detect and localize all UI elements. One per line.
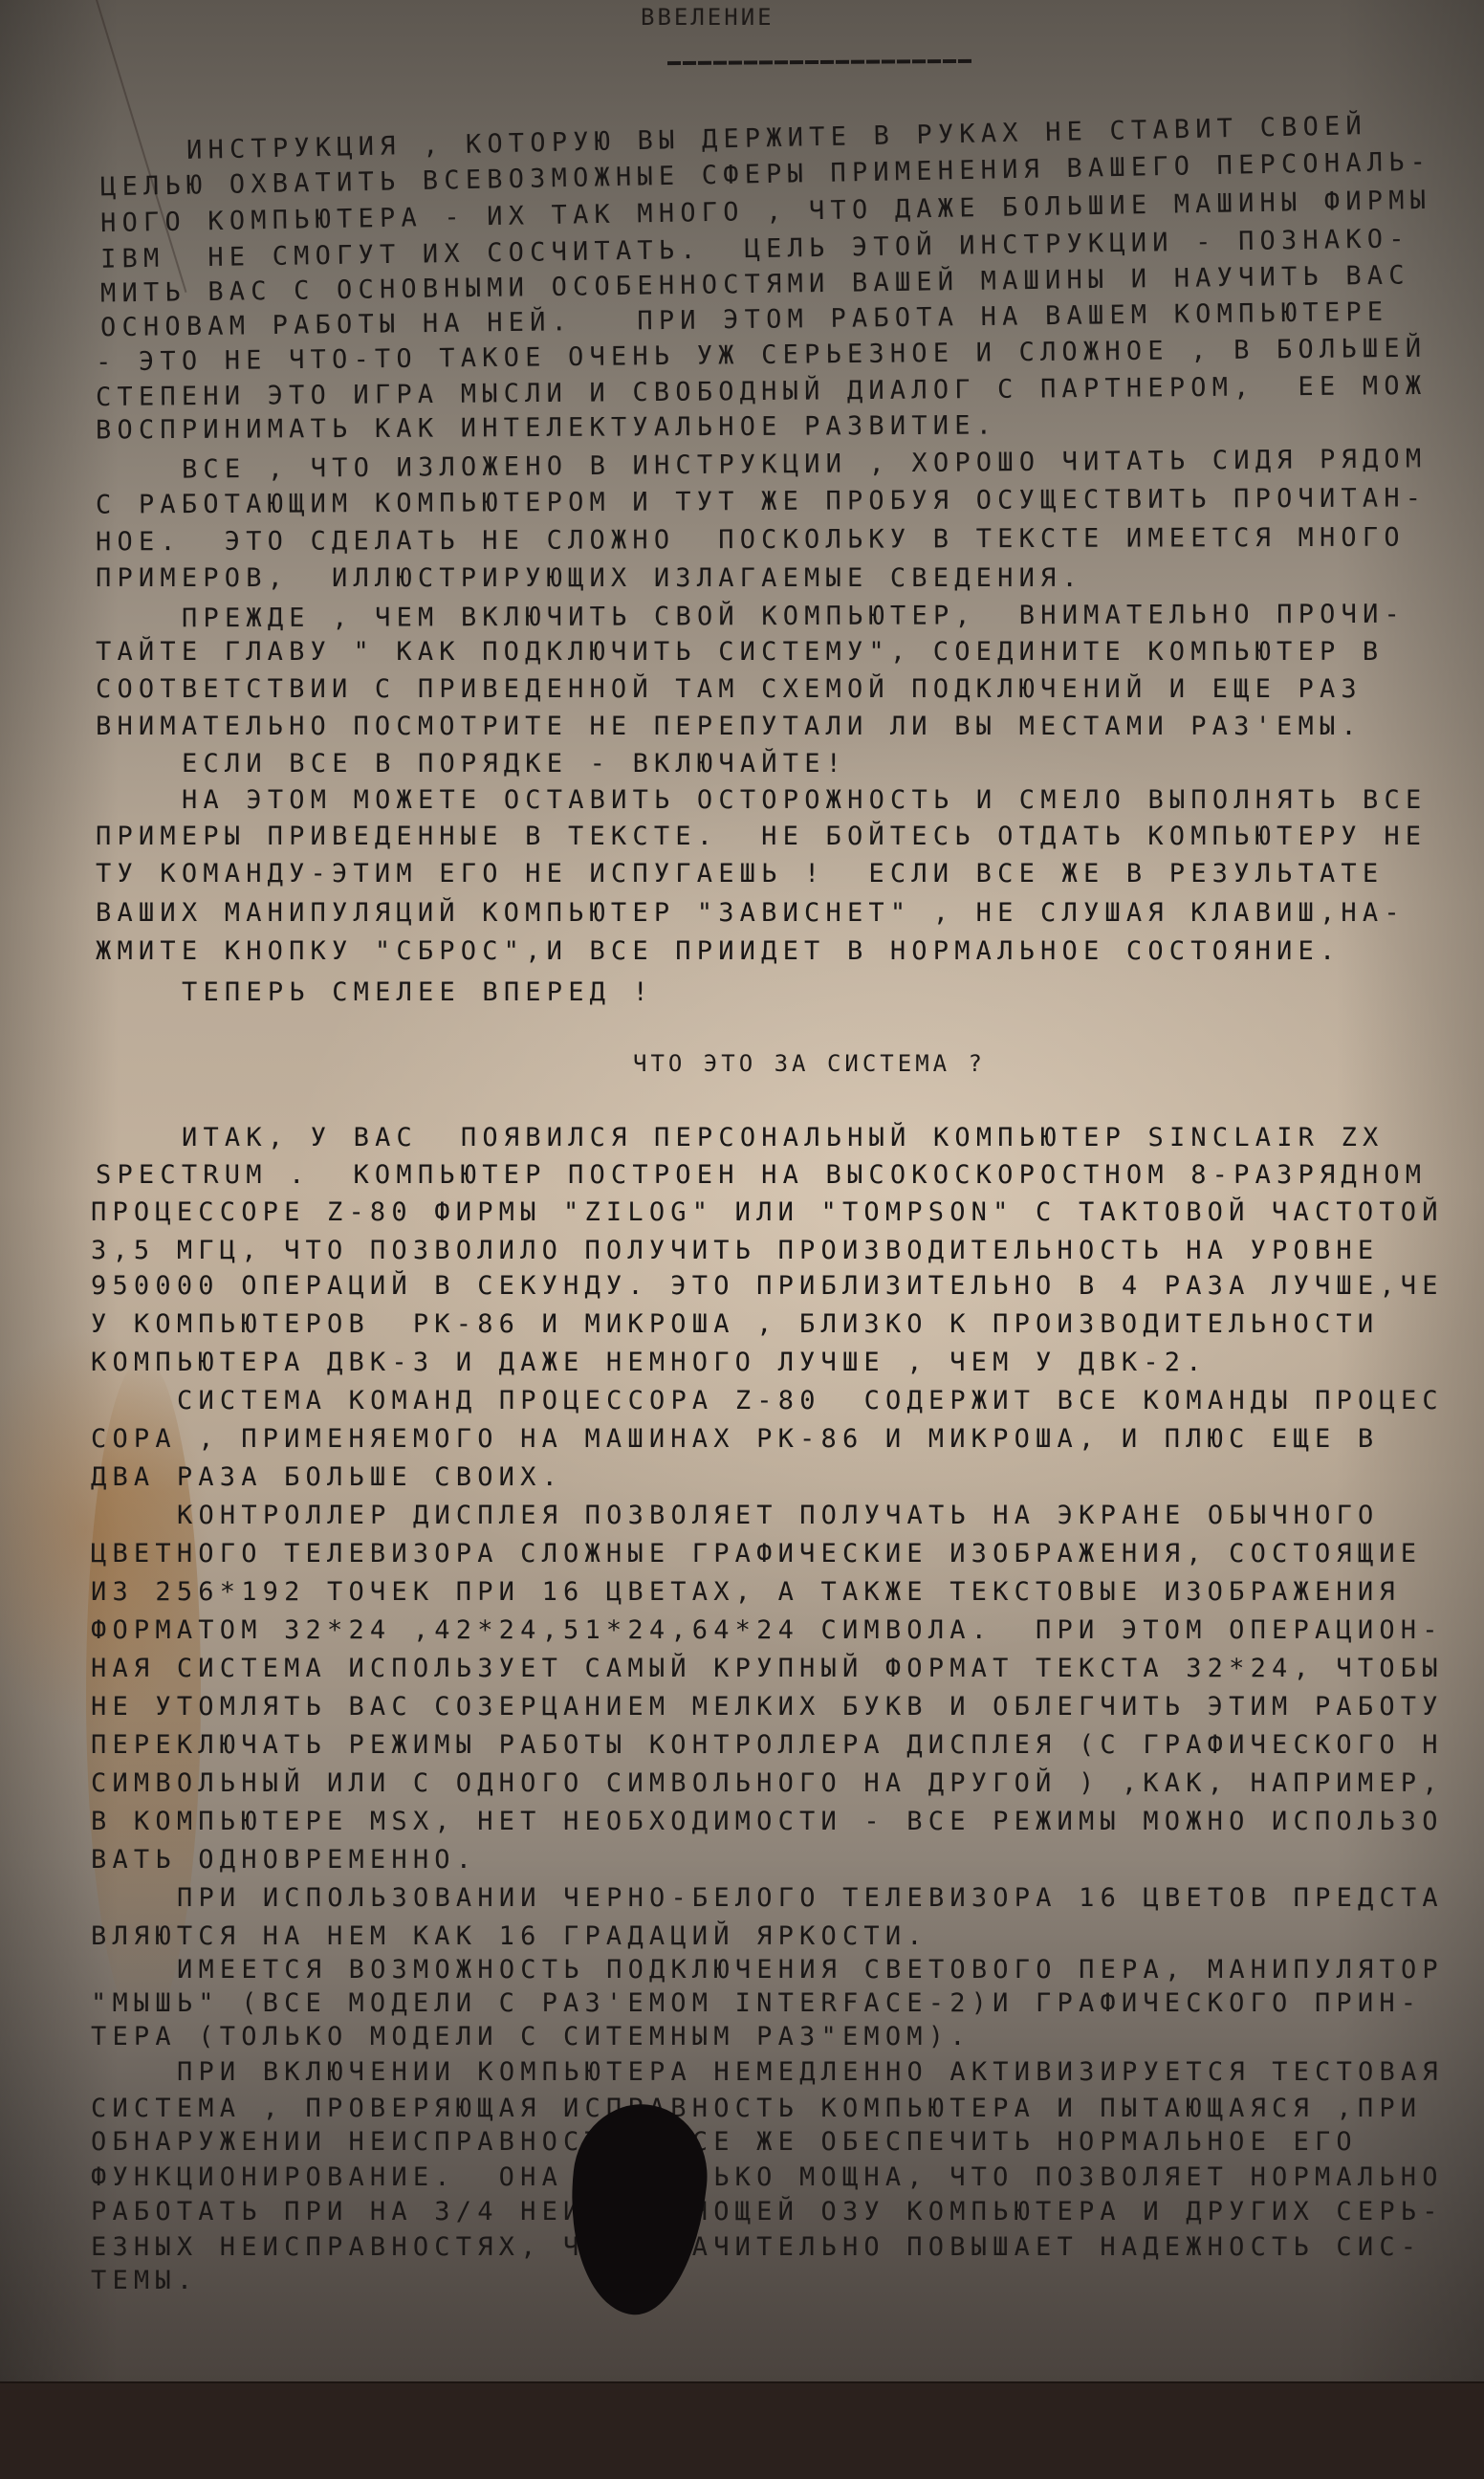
text-line: У КОМПЬЮТЕРОВ РК-86 И МИКРОША , БЛИЗКО К… (91, 1310, 1379, 1339)
text-line: ТЕПЕРЬ СМЕЛЕЕ ВПЕРЕД ! (182, 978, 654, 1007)
text-line: ЦВЕТНОГО ТЕЛЕВИЗОРА СЛОЖНЫЕ ГРАФИЧЕСКИЕ … (91, 1540, 1422, 1569)
text-line: В КОМПЬЮТЕРЕ MSX, НЕТ НЕОБХОДИМОСТИ - ВС… (91, 1808, 1444, 1836)
text-line: НЕ УТОМЛЯТЬ ВАС СОЗЕРЦАНИЕМ МЕЛКИХ БУКВ … (91, 1693, 1444, 1722)
text-line: ИМЕЕТСЯ ВОЗМОЖНОСТЬ ПОДКЛЮЧЕНИЯ СВЕТОВОГ… (177, 1956, 1444, 1985)
text-line: ТУ КОМАНДУ-ЭТИМ ЕГО НЕ ИСПУГАЕШЬ ! ЕСЛИ … (96, 860, 1384, 888)
text-line: 3,5 МГЦ, ЧТО ПОЗВОЛИЛО ПОЛУЧИТЬ ПРОИЗВОД… (91, 1237, 1379, 1265)
text-line: СИСТЕМА , ПРОВЕРЯЮЩАЯ ИСПРАВНОСТЬ КОМПЬЮ… (91, 2095, 1422, 2123)
section-heading: ЧТО ЭТО ЗА СИСТЕМА ? (633, 1050, 986, 1077)
text-line: SPECTRUM . КОМПЬЮТЕР ПОСТРОЕН НА ВЫСОКОС… (96, 1161, 1427, 1190)
text-line: ВОСПРИНИМАТЬ КАК ИНТЕЛЕКТУАЛЬНОЕ РАЗВИТИ… (96, 412, 997, 446)
text-line: 950000 ОПЕРАЦИЙ В СЕКУНДУ. ЭТО ПРИБЛИЗИТ… (91, 1272, 1444, 1301)
text-line: ВАШИХ МАНИПУЛЯЦИЙ КОМПЬЮТЕР "ЗАВИСНЕТ" ,… (96, 899, 1406, 928)
text-line: - ЭТО НЕ ЧТО-ТО ТАКОЕ ОЧЕНЬ УЖ СЕРЬЕЗНОЕ… (96, 335, 1427, 378)
text-line: СИСТЕМА КОМАНД ПРОЦЕССОРА Z-80 СОДЕРЖИТ … (177, 1387, 1444, 1415)
text-line: ПРОЦЕССОРЕ Z-80 ФИРМЫ "ZILOG" ИЛИ "TOMPS… (91, 1198, 1444, 1227)
text-line: ЕЗНЫХ НЕИСПРАВНОСТЯХ, ЧТО ЗНАЧИТЕЛЬНО ПО… (91, 2233, 1422, 2262)
text-line: ОБНАРУЖЕНИИ НЕИСПРАВНОСТЕЙ ВСЕ ЖЕ ОБЕСПЕ… (91, 2128, 1358, 2157)
text-line: НОЕ. ЭТО СДЕЛАТЬ НЕ СЛОЖНО ПОСКОЛЬКУ В Т… (96, 524, 1406, 558)
text-line: ПРИМЕРЫ ПРИВЕДЕННЫЕ В ТЕКСТЕ. НЕ БОЙТЕСЬ… (96, 823, 1427, 851)
text-line: ПРЕЖДЕ , ЧЕМ ВКЛЮЧИТЬ СВОЙ КОМПЬЮТЕР, ВН… (182, 601, 1406, 633)
text-line: "МЫШЬ" (ВСЕ МОДЕЛИ С РАЗ'ЕМОМ INTERFACE-… (91, 1989, 1422, 2018)
text-line: СИМВОЛЬНЫЙ ИЛИ С ОДНОГО СИМВОЛЬНОГО НА Д… (91, 1769, 1444, 1798)
text-line: ДВА РАЗА БОЛЬШЕ СВОИХ. (91, 1463, 563, 1492)
text-line: ТЕМЫ. (91, 2267, 198, 2295)
text-line: РАБОТАТЬ ПРИ НА 3/4 НЕИСПРАВНОЩЕЙ ОЗУ КО… (91, 2198, 1444, 2227)
text-line: ФУНКЦИОНИРОВАНИЕ. ОНА НАСТОЛЬКО МОЩНА, Ч… (91, 2163, 1444, 2192)
text-line: НАЯ СИСТЕМА ИСПОЛЬЗУЕТ САМЫЙ КРУПНЫЙ ФОР… (91, 1655, 1444, 1683)
title-underline (667, 59, 973, 65)
text-line: СООТВЕТСТВИИ С ПРИВЕДЕННОЙ ТАМ СХЕМОЙ ПО… (96, 675, 1363, 704)
text-line: ВНИМАТЕЛЬНО ПОСМОТРИТЕ НЕ ПЕРЕПУТАЛИ ЛИ … (96, 713, 1363, 741)
text-line: ПЕРЕКЛЮЧАТЬ РЕЖИМЫ РАБОТЫ КОНТРОЛЛЕРА ДИ… (91, 1731, 1444, 1760)
text-line: ВЛЯЮТСЯ НА НЕМ КАК 16 ГРАДАЦИЙ ЯРКОСТИ. (91, 1922, 928, 1951)
text-line: ТЕРА (ТОЛЬКО МОДЕЛИ С СИТЕМНЫМ РАЗ"ЕМОМ)… (91, 2023, 971, 2051)
text-line: КОМПЬЮТЕРА ДВК-3 И ДАЖЕ НЕМНОГО ЛУЧШЕ , … (91, 1349, 1208, 1377)
text-line: С РАБОТАЮЩИМ КОМПЬЮТЕРОМ И ТУТ ЖЕ ПРОБУЯ… (96, 484, 1427, 519)
text-line: ТАЙТЕ ГЛАВУ " КАК ПОДКЛЮЧИТЬ СИСТЕМУ", С… (96, 638, 1384, 667)
text-line: КОНТРОЛЛЕР ДИСПЛЕЯ ПОЗВОЛЯЕТ ПОЛУЧАТЬ НА… (177, 1502, 1380, 1530)
typewritten-page: ВВЕЛЕНИЕ ИНСТРУКЦИЯ , КОТОРУЮ ВЫ ДЕРЖИТЕ… (0, 0, 1484, 2381)
text-line: ИЗ 256*192 ТОЧЕК ПРИ 16 ЦВЕТАХ, А ТАКЖЕ … (91, 1578, 1401, 1607)
text-line: ВСЕ , ЧТО ИЗЛОЖЕНО В ИНСТРУКЦИИ , ХОРОШО… (182, 445, 1428, 484)
text-line: ПРИ ВКЛЮЧЕНИИ КОМПЬЮТЕРА НЕМЕДЛЕННО АКТИ… (177, 2058, 1444, 2087)
text-line: ФОРМАТОМ 32*24 ,42*24,51*24,64*24 СИМВОЛ… (91, 1616, 1444, 1645)
text-line: ПРИ ИСПОЛЬЗОВАНИИ ЧЕРНО-БЕЛОГО ТЕЛЕВИЗОР… (177, 1884, 1444, 1913)
text-line: ЕСЛИ ВСЕ В ПОРЯДКЕ - ВКЛЮЧАЙТЕ! (182, 750, 847, 779)
text-line: СТЕПЕНИ ЭТО ИГРА МЫСЛИ И СВОБОДНЫЙ ДИАЛО… (96, 372, 1427, 412)
text-line: СОРА , ПРИМЕНЯЕМОГО НА МАШИНАХ РК-86 И М… (91, 1425, 1379, 1454)
text-line: НА ЭТОМ МОЖЕТЕ ОСТАВИТЬ ОСТОРОЖНОСТЬ И С… (182, 786, 1427, 815)
text-line: ВАТЬ ОДНОВРЕМЕННО. (91, 1846, 477, 1875)
text-line: ПРИМЕРОВ, ИЛЛЮСТРИРУЮЩИХ ИЗЛАГАЕМЫЕ СВЕД… (96, 564, 1083, 593)
page-title: ВВЕЛЕНИЕ (641, 4, 775, 31)
text-line: ИТАК, У ВАС ПОЯВИЛСЯ ПЕРСОНАЛЬНЫЙ КОМПЬЮ… (182, 1124, 1385, 1152)
text-line: ЖМИТЕ КНОПКУ "СБРОС",И ВСЕ ПРИИДЕТ В НОР… (96, 937, 1341, 966)
table-surface (0, 2381, 1484, 2479)
